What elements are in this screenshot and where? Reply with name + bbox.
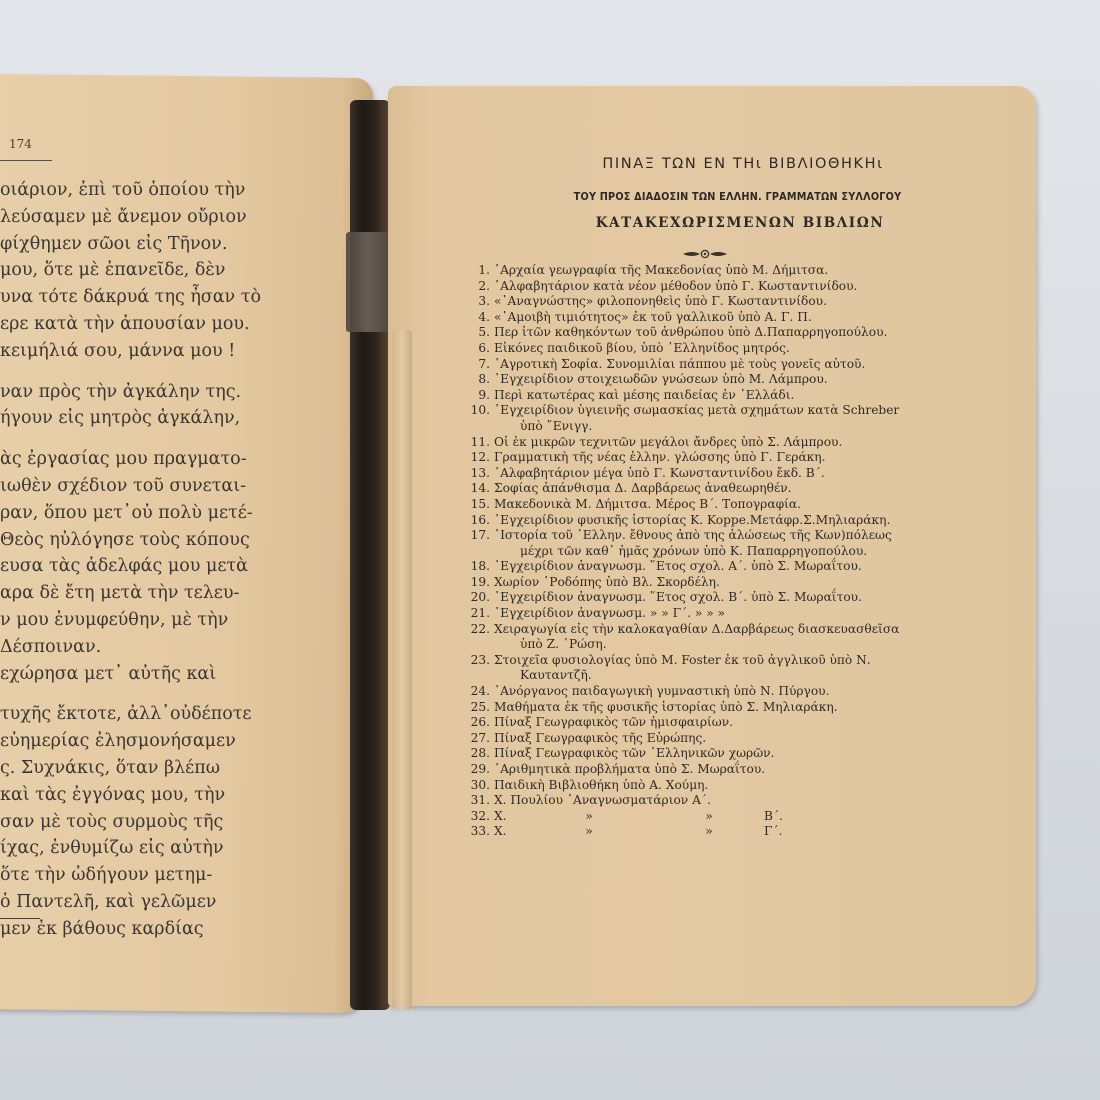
entry-title: Χ. Πουλίου ᾿Αναγνωσματάριον Α΄. bbox=[494, 793, 711, 809]
catalog-entry: 9.Περὶ κατωτέρας καὶ μέσης παιδείας ἐν ῾… bbox=[462, 388, 982, 404]
page-number: 174 bbox=[9, 137, 32, 151]
entry-number: 13. bbox=[462, 466, 494, 482]
entry-title: Μαθήματα ἐκ τῆς φυσικῆς ἱστορίας ὑπὸ Σ. … bbox=[494, 700, 838, 716]
entry-cell: » bbox=[654, 809, 764, 825]
entry-title: Περὶ κατωτέρας καὶ μέσης παιδείας ἐν ῾Ελ… bbox=[494, 388, 794, 404]
text-line: ὅτε τὴν ὡδήγουν μετημ- bbox=[0, 862, 350, 889]
entry-continuation: ὑπὸ ῎Ενιγγ. bbox=[462, 419, 982, 435]
catalog-entry: 26.Πίναξ Γεωγραφικὸς τῶν ἡμισφαιρίων. bbox=[462, 715, 982, 731]
entry-title: ῾Ιστορία τοῦ ῾Ελλην. ἔθνους ἀπὸ της ἁλώσ… bbox=[494, 528, 892, 544]
catalog-entry: 24.᾿Ανόργανος παιδαγωγικὴ γυμναστικὴ ὑπὸ… bbox=[462, 684, 982, 700]
entry-title: Εἰκόνες παιδικοῦ βίου, ὑπὸ ῾Ελληνίδος μη… bbox=[494, 341, 790, 357]
end-flourish bbox=[0, 918, 40, 919]
catalog-entry: 23.Στοιχεῖα φυσιολογίας ὑπὸ Μ. Foster ἐκ… bbox=[462, 653, 982, 669]
entry-title: ᾿Εγχειρίδιον ἀναγνωσμ. ῞Ετος σχολ. Β΄. ὑ… bbox=[494, 590, 862, 606]
catalog-entry: 11.Οἱ ἐκ μικρῶν τεχνιτῶν μεγάλοι ἄνδρες … bbox=[462, 435, 982, 451]
text-line: ς. Συχνάκις, ὅταν βλέπω bbox=[0, 755, 350, 782]
entry-number: 29. bbox=[462, 762, 494, 778]
entry-continuation: ὑπὸ Ζ. ῾Ρώση. bbox=[462, 637, 982, 653]
entry-title: Στοιχεῖα φυσιολογίας ὑπὸ Μ. Foster ἐκ το… bbox=[494, 653, 871, 669]
paragraph-gap bbox=[0, 687, 350, 701]
entry-title: ᾿Εγχειρίδιον φυσικῆς ἱστορίας Κ. Koppe.Μ… bbox=[494, 513, 890, 529]
catalog-entry: 5.Περ ἰτῶν καθηκόντων τοῦ ἀνθρώπου ὑπὸ Δ… bbox=[462, 325, 982, 341]
entry-title: Πίναξ Γεωγραφικὸς τῶν ῾Ελληνικῶν χωρῶν. bbox=[494, 746, 774, 762]
text-line: ὰς ἐργασίας μου πραγματο- bbox=[0, 446, 350, 473]
catalog-entry: 17.῾Ιστορία τοῦ ῾Ελλην. ἔθνους ἀπὸ της ἁ… bbox=[462, 528, 982, 544]
catalog-entry-ditto: 32.Χ.»»Β΄. bbox=[462, 809, 982, 825]
entry-title: Γραμματικὴ τῆς νέας ἑλλην. γλώσσης ὑπὸ Γ… bbox=[494, 450, 825, 466]
header-rule bbox=[0, 160, 52, 161]
text-line: Θεὸς ηὐλόγησε τοὺς κόπους bbox=[0, 527, 350, 554]
entry-title: «᾿Αναγνώστης» φιλοπονηθεὶς ὑπὸ Γ. Κωσταν… bbox=[494, 294, 827, 310]
catalog-entry: 19.Χωρίον ῾Ροδόπης ὑπὸ Βλ. Σκορδέλη. bbox=[462, 575, 982, 591]
text-line: σαν μὲ τοὺς συρμοὺς τῆς bbox=[0, 809, 350, 836]
entry-number: 14. bbox=[462, 481, 494, 497]
text-line: εὐημερίας ἐλησμονήσαμεν bbox=[0, 728, 350, 755]
paragraph-gap bbox=[0, 365, 350, 379]
text-line: εχώρησα μετ᾽ αὐτῆς καὶ bbox=[0, 661, 350, 688]
entry-title: Οἱ ἐκ μικρῶν τεχνιτῶν μεγάλοι ἄνδρες ὑπὸ… bbox=[494, 435, 842, 451]
catalog-entry: 20.᾿Εγχειρίδιον ἀναγνωσμ. ῞Ετος σχολ. Β΄… bbox=[462, 590, 982, 606]
entry-number: 20. bbox=[462, 590, 494, 606]
catalog-entry: 28.Πίναξ Γεωγραφικὸς τῶν ῾Ελληνικῶν χωρῶ… bbox=[462, 746, 982, 762]
catalog-entry: 6.Εἰκόνες παιδικοῦ βίου, ὑπὸ ῾Ελληνίδος … bbox=[462, 341, 982, 357]
catalog-entry: 14.Σοφίας ἀπάνθισμα Δ. Δαρβάρεως ἀναθεωρ… bbox=[462, 481, 982, 497]
catalog-entry: 29.᾿Αριθμητικὰ προβλήματα ὑπὸ Σ. Μωραΐτο… bbox=[462, 762, 982, 778]
entry-number: 9. bbox=[462, 388, 494, 404]
entry-number: 28. bbox=[462, 746, 494, 762]
text-line: Δέσποιναν. bbox=[0, 634, 350, 661]
entry-cell: » bbox=[654, 824, 764, 840]
entry-title: Περ ἰτῶν καθηκόντων τοῦ ἀνθρώπου ὑπὸ Δ.Π… bbox=[494, 325, 887, 341]
entry-cell: Γ΄. bbox=[764, 824, 782, 840]
text-line: λεύσαμεν μὲ ἄνεμον οὔριον bbox=[0, 204, 350, 231]
entry-title: ᾿Αλφαβητάριον μέγα ὑπὸ Γ. Κωνσταντινίδου… bbox=[494, 466, 825, 482]
entry-number: 31. bbox=[462, 793, 494, 809]
catalog-entry: 13.᾿Αλφαβητάριον μέγα ὑπὸ Γ. Κωνσταντινί… bbox=[462, 466, 982, 482]
entry-cell: » bbox=[524, 809, 654, 825]
entry-cell: Β΄. bbox=[764, 809, 783, 825]
entry-title: ᾿Αλφαβητάριον κατὰ νέον μέθοδον ὑπὸ Γ. Κ… bbox=[494, 279, 857, 295]
catalog-entry-ditto: 33.Χ.»»Γ΄. bbox=[462, 824, 982, 840]
entry-number: 33. bbox=[462, 824, 494, 840]
catalog-heading: ΚΑΤΑΚΕΧΩΡΙΣΜΕΝΩΝ ΒΙΒΛΙΩΝ bbox=[550, 215, 930, 231]
catalog-entry: 3.«᾿Αναγνώστης» φιλοπονηθεὶς ὑπὸ Γ. Κωστ… bbox=[462, 294, 982, 310]
entry-title: ᾿Εγχειρίδιον ἀναγνωσμ. » » Γ΄. » » » bbox=[494, 606, 725, 622]
catalog-entry: 31.Χ. Πουλίου ᾿Αναγνωσματάριον Α΄. bbox=[462, 793, 982, 809]
entry-cell: Χ. bbox=[494, 809, 524, 825]
text-line: ιωθὲν σχέδιον τοῦ συνεται- bbox=[0, 473, 350, 500]
entry-title: Παιδικὴ Βιβλιοθήκη ὑπὸ Α. Χούμη. bbox=[494, 778, 708, 794]
entry-title: «᾿Αμοιβὴ τιμιότητος» ἐκ τοῦ γαλλικοῦ ὑπὸ… bbox=[494, 310, 812, 326]
entry-number: 4. bbox=[462, 310, 494, 326]
entry-number: 25. bbox=[462, 700, 494, 716]
catalog-entry: 18.᾿Εγχειρίδιον ἀναγνωσμ. ῞Ετος σχολ. Α΄… bbox=[462, 559, 982, 575]
text-line: τυχῆς ἔκτοτε, ἀλλ᾽οὐδέποτε bbox=[0, 701, 350, 728]
text-line: ήγουν εἰς μητρὸς ἀγκάλην, bbox=[0, 405, 350, 432]
text-line: μου, ὅτε μὲ ἐπανεῖδε, δὲν bbox=[0, 257, 350, 284]
text-line: μεν ἐκ βάθους καρδίας bbox=[0, 916, 350, 943]
entry-title: ᾿Αρχαία γεωγραφία τῆς Μακεδονίας ὑπὸ Μ. … bbox=[494, 263, 828, 279]
text-line: υνα τότε δάκρυά της ἦσαν τὸ bbox=[0, 284, 350, 311]
text-line: ευσα τὰς ἀδελφάς μου μετὰ bbox=[0, 553, 350, 580]
catalog-entry: 30.Παιδικὴ Βιβλιοθήκη ὑπὸ Α. Χούμη. bbox=[462, 778, 982, 794]
entry-cell: » bbox=[524, 824, 654, 840]
entry-title: Χωρίον ῾Ροδόπης ὑπὸ Βλ. Σκορδέλη. bbox=[494, 575, 720, 591]
paragraph-gap bbox=[0, 432, 350, 446]
entry-cell: Χ. bbox=[494, 824, 524, 840]
text-line: ίχας, ἐνθυμίζω εἰς αὐτὴν bbox=[0, 835, 350, 862]
entry-number: 8. bbox=[462, 372, 494, 388]
text-line: ερε κατὰ τὴν ἀπουσίαν μου. bbox=[0, 311, 350, 338]
text-line: καὶ τὰς ἐγγόνας μου, τὴν bbox=[0, 782, 350, 809]
catalog-entry: 25.Μαθήματα ἐκ τῆς φυσικῆς ἱστορίας ὑπὸ … bbox=[462, 700, 982, 716]
left-page-body: οιάριον, ἐπὶ τοῦ ὁποίου τὴνλεύσαμεν μὲ ἄ… bbox=[0, 177, 350, 943]
entry-title: Σοφίας ἀπάνθισμα Δ. Δαρβάρεως ἀναθεωρηθέ… bbox=[494, 481, 792, 497]
catalog-entry: 27.Πίναξ Γεωγραφικὸς τῆς Εὐρώπης. bbox=[462, 731, 982, 747]
entry-title: ᾿Αγροτικὴ Σοφία. Συνομιλίαι πάππου μὲ το… bbox=[494, 357, 865, 373]
entry-number: 7. bbox=[462, 357, 494, 373]
entry-number: 15. bbox=[462, 497, 494, 513]
torn-page-edge bbox=[392, 330, 412, 1010]
text-line: φίχθημεν σῶοι εἰς Τῆνον. bbox=[0, 231, 350, 258]
catalog-entry: 12.Γραμματικὴ τῆς νέας ἑλλην. γλώσσης ὑπ… bbox=[462, 450, 982, 466]
text-line: ν μου ἐνυμφεύθην, μὲ τὴν bbox=[0, 607, 350, 634]
entry-number: 18. bbox=[462, 559, 494, 575]
catalog-entry: 16.᾿Εγχειρίδιον φυσικῆς ἱστορίας Κ. Kopp… bbox=[462, 513, 982, 529]
entry-title: Πίναξ Γεωγραφικὸς τῆς Εὐρώπης. bbox=[494, 731, 706, 747]
entry-number: 19. bbox=[462, 575, 494, 591]
entry-number: 27. bbox=[462, 731, 494, 747]
entry-title: ᾿Ανόργανος παιδαγωγικὴ γυμναστικὴ ὑπὸ Ν.… bbox=[494, 684, 829, 700]
entry-number: 10. bbox=[462, 403, 494, 419]
text-line: ὁ Παντελῆ, καὶ γελῶμεν bbox=[0, 889, 350, 916]
catalog-entry: 21.᾿Εγχειρίδιον ἀναγνωσμ. » » Γ΄. » » » bbox=[462, 606, 982, 622]
entry-number: 23. bbox=[462, 653, 494, 669]
text-line: κειμήλιά σου, μάννα μου ! bbox=[0, 338, 350, 365]
catalog-subtitle: ΤΟΥ ΠΡΟΣ ΔΙΑΔΟΣΙΝ ΤΩΝ ΕΛΛΗΝ. ΓΡΑΜΜΑΤΩΝ Σ… bbox=[544, 190, 931, 203]
entry-number: 2. bbox=[462, 279, 494, 295]
catalog-entry: 2.᾿Αλφαβητάριον κατὰ νέον μέθοδον ὑπὸ Γ.… bbox=[462, 279, 982, 295]
entry-continuation: μέχρι τῶν καθ᾿ ἡμᾶς χρόνων ὑπὸ Κ. Παπαρρ… bbox=[462, 544, 982, 560]
entry-number: 21. bbox=[462, 606, 494, 622]
entry-title: Πίναξ Γεωγραφικὸς τῶν ἡμισφαιρίων. bbox=[494, 715, 733, 731]
entry-title: ᾿Εγχειρίδιον ὑγιεινῆς σωμασκίας μετὰ σχη… bbox=[494, 403, 899, 419]
entry-number: 32. bbox=[462, 809, 494, 825]
entry-number: 17. bbox=[462, 528, 494, 544]
entry-number: 5. bbox=[462, 325, 494, 341]
catalog-entry: 10.᾿Εγχειρίδιον ὑγιεινῆς σωμασκίας μετὰ … bbox=[462, 403, 982, 419]
entry-number: 11. bbox=[462, 435, 494, 451]
entry-number: 22. bbox=[462, 622, 494, 638]
catalog-entry: 8.᾿Εγχειρίδιον στοιχειωδῶν γνώσεων ὑπὸ Μ… bbox=[462, 372, 982, 388]
fleuron-ornament-icon bbox=[682, 249, 728, 259]
text-line: οιάριον, ἐπὶ τοῦ ὁποίου τὴν bbox=[0, 177, 350, 204]
catalog-entry: 7.᾿Αγροτικὴ Σοφία. Συνομιλίαι πάππου μὲ … bbox=[462, 357, 982, 373]
catalog-entry: 4.«᾿Αμοιβὴ τιμιότητος» ἐκ τοῦ γαλλικοῦ ὑ… bbox=[462, 310, 982, 326]
catalog-entry: 1.᾿Αρχαία γεωγραφία τῆς Μακεδονίας ὑπὸ Μ… bbox=[462, 263, 982, 279]
entry-number: 3. bbox=[462, 294, 494, 310]
entry-number: 30. bbox=[462, 778, 494, 794]
entry-number: 16. bbox=[462, 513, 494, 529]
entry-number: 24. bbox=[462, 684, 494, 700]
text-line: ναν πρὸς τὴν ἀγκάλην της. bbox=[0, 379, 350, 406]
catalog-title: ΠΙΝΑΞ ΤΩΝ ΕΝ ΤΗι ΒΙΒΛΙΟΘΗΚΗι bbox=[563, 156, 923, 172]
text-line: ραν, ὅπου μετ᾽οὐ πολὺ μετέ- bbox=[0, 500, 350, 527]
catalog-list: 1.᾿Αρχαία γεωγραφία τῆς Μακεδονίας ὑπὸ Μ… bbox=[462, 263, 982, 840]
entry-title: ᾿Εγχειρίδιον ἀναγνωσμ. ῞Ετος σχολ. Α΄. ὑ… bbox=[494, 559, 862, 575]
entry-title: ᾿Αριθμητικὰ προβλήματα ὑπὸ Σ. Μωραΐτου. bbox=[494, 762, 765, 778]
entry-title: ᾿Εγχειρίδιον στοιχειωδῶν γνώσεων ὑπὸ Μ. … bbox=[494, 372, 828, 388]
entry-number: 12. bbox=[462, 450, 494, 466]
entry-title: Χειραγωγία εἰς τὴν καλοκαγαθίαν Δ.Δαρβάρ… bbox=[494, 622, 899, 638]
entry-number: 26. bbox=[462, 715, 494, 731]
entry-continuation: Καυταντζῆ. bbox=[462, 668, 982, 684]
catalog-entry: 15.Μακεδονικὰ Μ. Δήμιτσα. Μέρος Β΄. Τοπο… bbox=[462, 497, 982, 513]
text-line: αρα δὲ ἔτη μετὰ τὴν τελευ- bbox=[0, 580, 350, 607]
entry-number: 1. bbox=[462, 263, 494, 279]
catalog-entry: 22.Χειραγωγία εἰς τὴν καλοκαγαθίαν Δ.Δαρ… bbox=[462, 622, 982, 638]
entry-number: 6. bbox=[462, 341, 494, 357]
entry-title: Μακεδονικὰ Μ. Δήμιτσα. Μέρος Β΄. Τοπογρα… bbox=[494, 497, 801, 513]
